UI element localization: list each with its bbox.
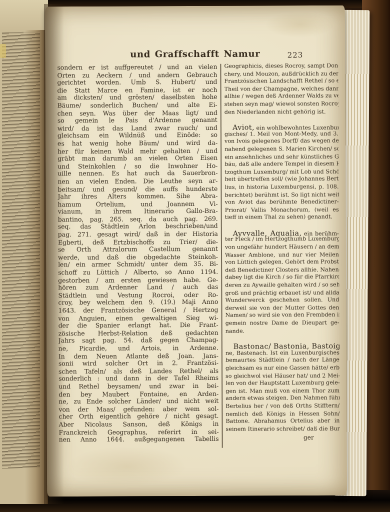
entry-lemma: Aviot, [232,124,254,132]
paragraph: sondern er ist auffgereutet / und an vie… [57,64,219,444]
text-line: Geographicis, dieses Rocroy, sampt Don- [224,63,338,71]
text-line: bäu, daß alle andere Tempel in diesem He… [225,162,339,170]
header-row: und Graffschafft Namur 223 [45,49,345,62]
book-scan-photo: und Graffschafft Namur 223 sondern er is… [0,0,390,512]
page-stain [67,446,187,487]
text-line: 1643. der Frantzösische General / Hertzo… [58,307,218,315]
column-divider-rule [220,64,223,448]
text-line: Aviot, ein wohlbewohntes Luxenbur- [224,124,338,132]
page-number: 223 [287,51,303,60]
text-line: von Aviot das berühmte Benedictiner- [225,199,339,207]
text-line: Bertelius her / von deß Orths Stifftern/ [226,403,340,411]
text-column-left: sondern er ist auffgereutet / und an vie… [57,64,219,444]
page-stain [265,11,335,37]
text-line: Aber Nicolaus Sanson, deß Königs in [59,421,219,429]
text-line: seinem Itinerario schreibet/ daß die Bur… [226,426,340,434]
text-line: stehen seyn mag/ wiewol sonsten Rocroy z… [224,101,338,109]
entry-paragraph: Aviot, ein wohlbewohntes Luxenbur-gische… [224,124,338,223]
catchword: ger [226,434,340,443]
text-line: gemein nostre Dame de Dieupart ge- [225,320,339,328]
text-line: deren zu Aywaille gehalten wird / so seh… [225,282,339,290]
text-line: es hat wenig hohe Bäum/ und wird da- [58,140,218,148]
text-line: nen an vielen Enden. Die Leuthe seyn ar- [58,178,218,186]
text-line: nen Anno 1644. außgegangenen Tabellis [59,436,219,444]
text-line: tieff in einem Thal zu sehen) genandt. [225,215,339,223]
book-page: und Graffschafft Namur 223 sondern er is… [45,5,347,496]
text-column-right: Geographicis, dieses Rocroy, sampt Don-c… [224,63,340,443]
text-block: sondern er ist auffgereutet / und an vie… [57,63,340,448]
text-line: Battone. Abrahamus Ortelius aber in [226,418,340,426]
text-line: len von der Hauptstatt Luxemburg gele- [226,381,340,389]
text-line: schoff zu Lüttich / Alberto, so Anno 119… [58,269,218,277]
left-page-text-blur [2,31,40,468]
entry-paragraph: Ayvvalle, Aqualia, ein berühm-ter Fleck … [225,229,339,336]
left-page-top-edge [0,0,48,30]
text-line: sondern er ist auffgereutet / und an vie… [57,64,217,72]
entry-paragraph: Bastonac/ Bastonia, Bastoig-ne, Bastenac… [225,343,339,435]
text-line: nahend gelegenen S. Marien Kirchen/ so [225,146,339,154]
text-line: von ungefähr hundert Häusern / an dem [225,244,339,252]
text-line: lius, in historia Luxemburgensi, p. 108. [225,184,339,192]
text-line: Bäume/ sonderlich Buchen/ und alte Ei- [57,102,217,110]
text-line: den Niederlanden nicht gehörig ist. [224,109,338,117]
text-line: ne, Picardie, und Artois, in Ardenne. [58,345,218,353]
text-line: gleichsam es nur eine Gassen hätte/ erba… [226,365,340,373]
bookmark-tab [0,44,6,58]
text-line: und Rethel beysamen/ und zwar in bei- [59,383,219,391]
paragraph: Geographicis, dieses Rocroy, sampt Don-c… [224,63,338,117]
text-line: nande. [225,328,339,336]
left-page-curved [0,0,48,504]
